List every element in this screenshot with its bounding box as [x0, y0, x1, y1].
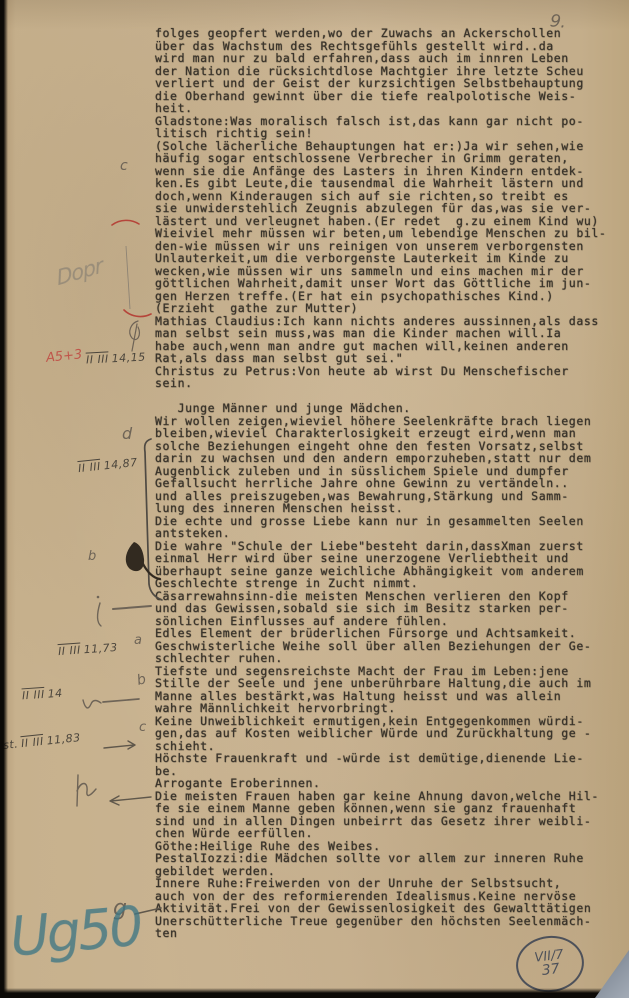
archive-number-bottom: 37	[541, 962, 560, 979]
page-number: 9.	[549, 11, 567, 33]
ref-number: 11,73	[83, 641, 118, 656]
scan-edge-left	[0, 0, 8, 998]
ref-roman: II III	[20, 735, 44, 750]
margin-letter-d: d	[122, 424, 132, 443]
margin-letter-b: b	[88, 549, 96, 564]
typed-text-block: folges geopfert werden,wo der Zuwachs an…	[155, 27, 606, 940]
margin-letter-a: a	[134, 633, 142, 648]
margin-letter-c2: c	[139, 720, 146, 735]
ref-number: 14	[47, 687, 63, 701]
ref-roman: II III	[77, 460, 101, 475]
blue-crayon-mark: Ug50	[8, 894, 144, 968]
ref-roman: II III	[86, 352, 109, 366]
scan-edge-bottom	[0, 988, 629, 998]
margin-letter-c: c	[120, 158, 128, 174]
ref-roman: II III	[22, 688, 46, 703]
ref-roman: II III	[58, 644, 82, 659]
ref-number: 14,15	[111, 350, 146, 365]
